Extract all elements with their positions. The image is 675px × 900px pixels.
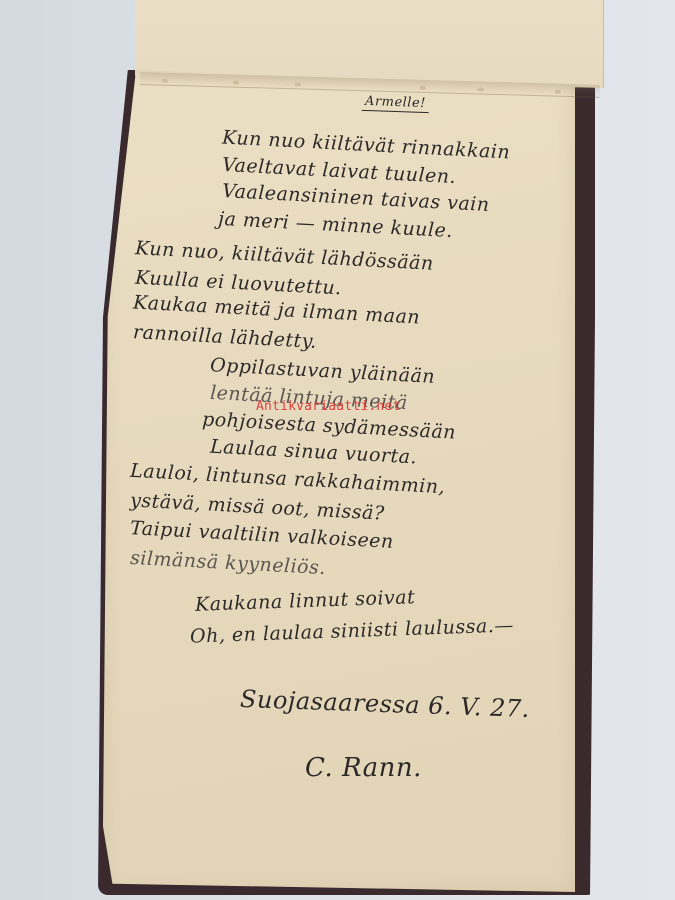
stitch-mark <box>295 82 301 86</box>
stitch-mark <box>478 87 484 91</box>
stitch-mark <box>233 81 239 85</box>
signature: C. Rann. <box>305 753 422 783</box>
watermark: Antikvariaatti.net <box>256 399 400 414</box>
stitch-mark <box>555 90 561 94</box>
stitch-mark <box>420 86 426 90</box>
stitch-mark <box>162 79 168 83</box>
poem-title: Armelle! <box>362 94 429 113</box>
